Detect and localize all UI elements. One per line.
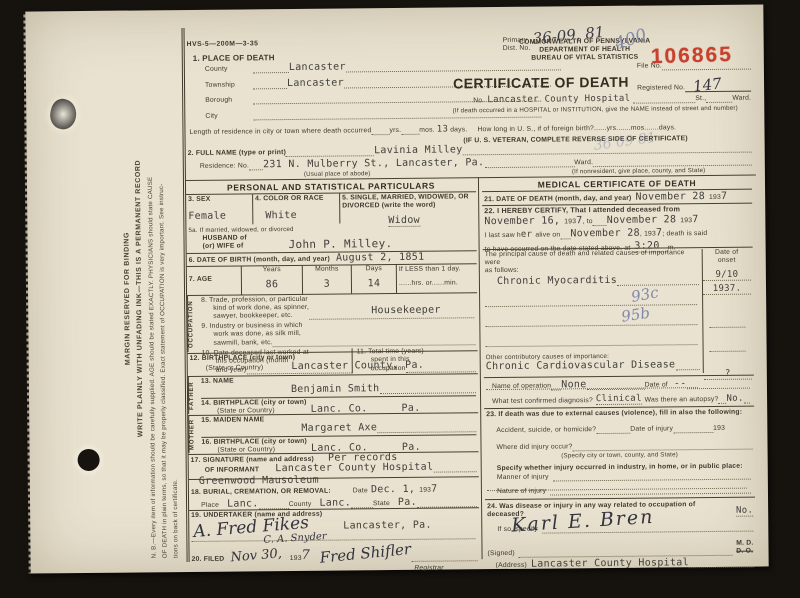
burial-state-value: Pa. — [398, 498, 417, 508]
yrs-label: yrs. — [389, 127, 401, 135]
punch-hole-top — [47, 96, 80, 132]
age-months-value: 3 — [303, 279, 351, 289]
occupation-related-block: 24. Was disease or injury in any way rel… — [487, 501, 754, 571]
ward-label: Ward. — [732, 95, 751, 103]
form-number: HVS-5—200M—3-35 — [187, 40, 259, 49]
certificate-title: CERTIFICATE OF DEATH — [421, 73, 661, 91]
residence-days-value: 13 — [437, 124, 449, 134]
operation-label: Name of operation — [492, 383, 551, 392]
date-of-injury-label: Date of injury — [630, 425, 673, 433]
age-label: 7. AGE — [189, 276, 212, 283]
dod-label: 21. DATE OF DEATH (month, day, and year) — [484, 195, 631, 204]
months-header: Months — [303, 265, 351, 273]
registrar-signature: Fred Shifler — [319, 540, 412, 567]
cause-of-death-area: Date of onset 9/10 1937. ? The principal… — [485, 249, 752, 376]
maiden-name-value: Margaret Axe — [301, 423, 377, 434]
informant-value-2: Lancaster County Hospital — [275, 463, 433, 475]
do-label-struck: D. O. — [736, 548, 753, 556]
days-header: Days — [352, 265, 396, 273]
onset-value-1: 9/10 — [703, 270, 751, 281]
last-saw-label: I last saw h — [484, 232, 520, 240]
institution-value: Lancaster County Hospital — [487, 94, 630, 105]
full-name-label: 2. FULL NAME (type or print) — [188, 149, 286, 158]
test-label: What test confirmed diagnosis? — [492, 397, 593, 406]
race-value: White — [265, 211, 337, 222]
attended-to-value: November 28 — [607, 215, 677, 226]
file-no-field: File No. — [637, 61, 751, 71]
husband-value: John P. Milley. — [289, 239, 393, 250]
nature-label: Nature of injury — [497, 488, 546, 496]
burial-date-value: Dec. 1, — [371, 485, 415, 495]
marital-label: 5. SINGLE, MARRIED, WIDOWED, OR DIVORCED… — [342, 193, 474, 210]
institution-field: No. Lancaster County Hospital St., Ward. — [473, 93, 751, 106]
last-saw-er: er — [521, 230, 533, 240]
operation-value: None — [561, 380, 586, 390]
sex-race-marital-row: 3. SEX Female 4. COLOR OR RACE White 5. … — [186, 192, 476, 225]
autopsy-value: No. — [726, 394, 743, 404]
days-label: days. — [450, 126, 467, 134]
occupation-block: OCCUPATION 8. Trade, profession, or part… — [187, 293, 478, 352]
borough-label: Borough — [205, 96, 253, 104]
race-label: 4. COLOR OR RACE — [255, 195, 337, 204]
certificate-form: HVS-5—200M—3-35 1. PLACE OF DEATH County… — [181, 23, 759, 562]
signed-label: (Signed) — [488, 550, 515, 558]
filed-date-value: Nov 30, — [230, 546, 282, 565]
burial-place-label: Place — [201, 502, 219, 510]
township-label: Township — [205, 81, 253, 89]
full-name-value: Lavinia Milley — [374, 145, 463, 156]
autopsy-label: Was there an autopsy? — [645, 396, 719, 405]
undertaker-field: 19. UNDERTAKER (name and address) A. Fre… — [191, 509, 477, 546]
form-header: HVS-5—200M—3-35 1. PLACE OF DEATH County… — [184, 23, 751, 181]
burial-date-label: Date — [353, 487, 368, 495]
residence-value: 231 N. Mulberry St., Lancaster, Pa. — [263, 158, 484, 170]
registrar-label: Registrar — [192, 564, 478, 575]
residence-label: Residence: No. — [200, 162, 249, 170]
registered-no-label: Registered No. — [637, 84, 685, 92]
burial-place-value: Lanc. — [227, 499, 259, 509]
age-table: 7. AGE Years 86 Months 3 Days 14 If LESS… — [187, 264, 477, 295]
husband-of-field: 5a. If married, widowed, or divorced HUS… — [188, 224, 474, 251]
birthplace-field: 12. BIRTHPLACE (city or town) (State or … — [190, 352, 476, 373]
father-name-value: Benjamin Smith — [291, 384, 380, 395]
cause-value: Chronic Myocarditis — [497, 276, 617, 287]
dod-year-value: 7 — [721, 192, 727, 202]
burial-year-value: 7 — [431, 485, 437, 495]
signed-address-value: Lancaster County Hospital — [531, 558, 689, 570]
certify-label: 22. I HEREBY CERTIFY, That I attended de… — [484, 205, 750, 216]
test-autopsy-field: What test confirmed diagnosis? Clinical … — [492, 393, 750, 406]
punch-hole-bottom — [78, 449, 100, 471]
filed-label: 20. FILED — [192, 556, 225, 564]
operation-field: Name of operation None Date of -- — [492, 379, 750, 391]
address-label: (Address) — [496, 562, 527, 570]
test-value: Clinical — [596, 394, 642, 405]
date-of-operation-value: -- — [674, 379, 687, 389]
hrs-min-blank: ......hrs. or......min. — [399, 279, 475, 288]
place-of-death-heading: 1. PLACE OF DEATH — [193, 54, 275, 63]
sex-label: 3. SEX — [188, 195, 250, 204]
mother-block: MOTHER 15. MAIDEN NAME Margaret Axe 16. … — [188, 413, 478, 453]
registered-no-field: Registered No. 147 — [637, 81, 751, 93]
filed-field: 20. FILED Nov 30, 193 7 Fred Shifler Reg… — [191, 543, 477, 575]
date-of-operation-label: Date of — [645, 381, 668, 389]
where-injury-label: Where did injury occur? — [496, 443, 572, 452]
nature-of-injury-field: Nature of injury — [497, 485, 751, 496]
city-label: City — [205, 112, 253, 120]
accident-label: Accident, suicide, or homicide? — [496, 426, 596, 435]
county-label: County — [205, 65, 253, 73]
institution-note: (If death occurred in a HOSPITAL or INST… — [435, 105, 755, 116]
torn-paper-edge — [20, 12, 30, 574]
dod-value: November 28 — [635, 192, 705, 203]
burial-county-label: County — [289, 501, 312, 509]
burial-field: Greenwood Mausoleum 18. BURIAL, CREMATIO… — [191, 474, 477, 510]
file-no-label: File No. — [637, 62, 662, 70]
mos-label: mos. — [419, 127, 435, 135]
external-causes-label: 23. If death was due to external causes … — [486, 409, 752, 420]
burial-label: 18. BURIAL, CREMATION, OR REMOVAL: — [191, 488, 331, 497]
father-side-label: FATHER — [188, 377, 199, 414]
st-label: St., — [695, 95, 706, 103]
age-days-value: 14 — [352, 279, 396, 289]
county-value: Lancaster — [289, 62, 346, 73]
dob-value: August 2, 1851 — [336, 253, 425, 264]
binding-margin-text: MARGIN RESERVED FOR BINDING WRITE PLAINL… — [120, 38, 182, 559]
residence-length-label: Length of residence in city or town wher… — [189, 127, 371, 137]
date-of-onset-column: Date of onset 9/10 1937. ? — [702, 249, 752, 373]
years-header: Years — [242, 266, 302, 275]
last-saw-date: November 28 — [570, 229, 640, 240]
occupation-side-label: OCCUPATION — [187, 296, 200, 352]
contributory-value: Chronic Cardiovascular Disease — [486, 360, 676, 372]
medical-column: MEDICAL CERTIFICATE OF DEATH 21. DATE OF… — [482, 175, 756, 560]
scanned-death-certificate: MARGIN RESERVED FOR BINDING WRITE PLAINL… — [0, 0, 800, 598]
filed-year-value: 7 — [302, 548, 310, 563]
sex-value: Female — [188, 211, 250, 222]
attended-from-value: November 16, — [484, 216, 560, 227]
specify-city-note: (Specify city or town, county, and State… — [487, 451, 753, 462]
manner-label: Manner of injury — [497, 474, 549, 482]
birthplace-value: Lancaster County, Pa. — [291, 361, 424, 372]
personal-column: PERSONAL AND STATISTICAL PARTICULARS 3. … — [186, 177, 480, 562]
md-label: M. D. — [736, 540, 753, 548]
burial-county-value: Lanc. — [319, 498, 351, 508]
residence-ward-label: Ward. — [574, 159, 593, 167]
onset-value-2: 1937. — [703, 284, 751, 295]
husband-label-3: (or) WIFE of — [203, 242, 289, 251]
no-label: No. — [473, 97, 484, 105]
burial-state-label: State — [373, 500, 390, 508]
mother-side-label: MOTHER — [188, 416, 199, 453]
less-than-day-header: If LESS than 1 day. — [399, 265, 475, 274]
dob-label: 6. DATE OF BIRTH (month, day, and year) — [189, 256, 330, 265]
father-block: FATHER 13. NAME Benjamin Smith 14. BIRTH… — [188, 374, 478, 414]
certificate-card: MARGIN RESERVED FOR BINDING WRITE PLAINL… — [23, 4, 768, 573]
age-years-value: 86 — [242, 280, 302, 291]
related-value: No. — [736, 506, 753, 517]
attended-to-year: 7 — [692, 215, 698, 225]
township-value: Lancaster — [287, 78, 344, 89]
